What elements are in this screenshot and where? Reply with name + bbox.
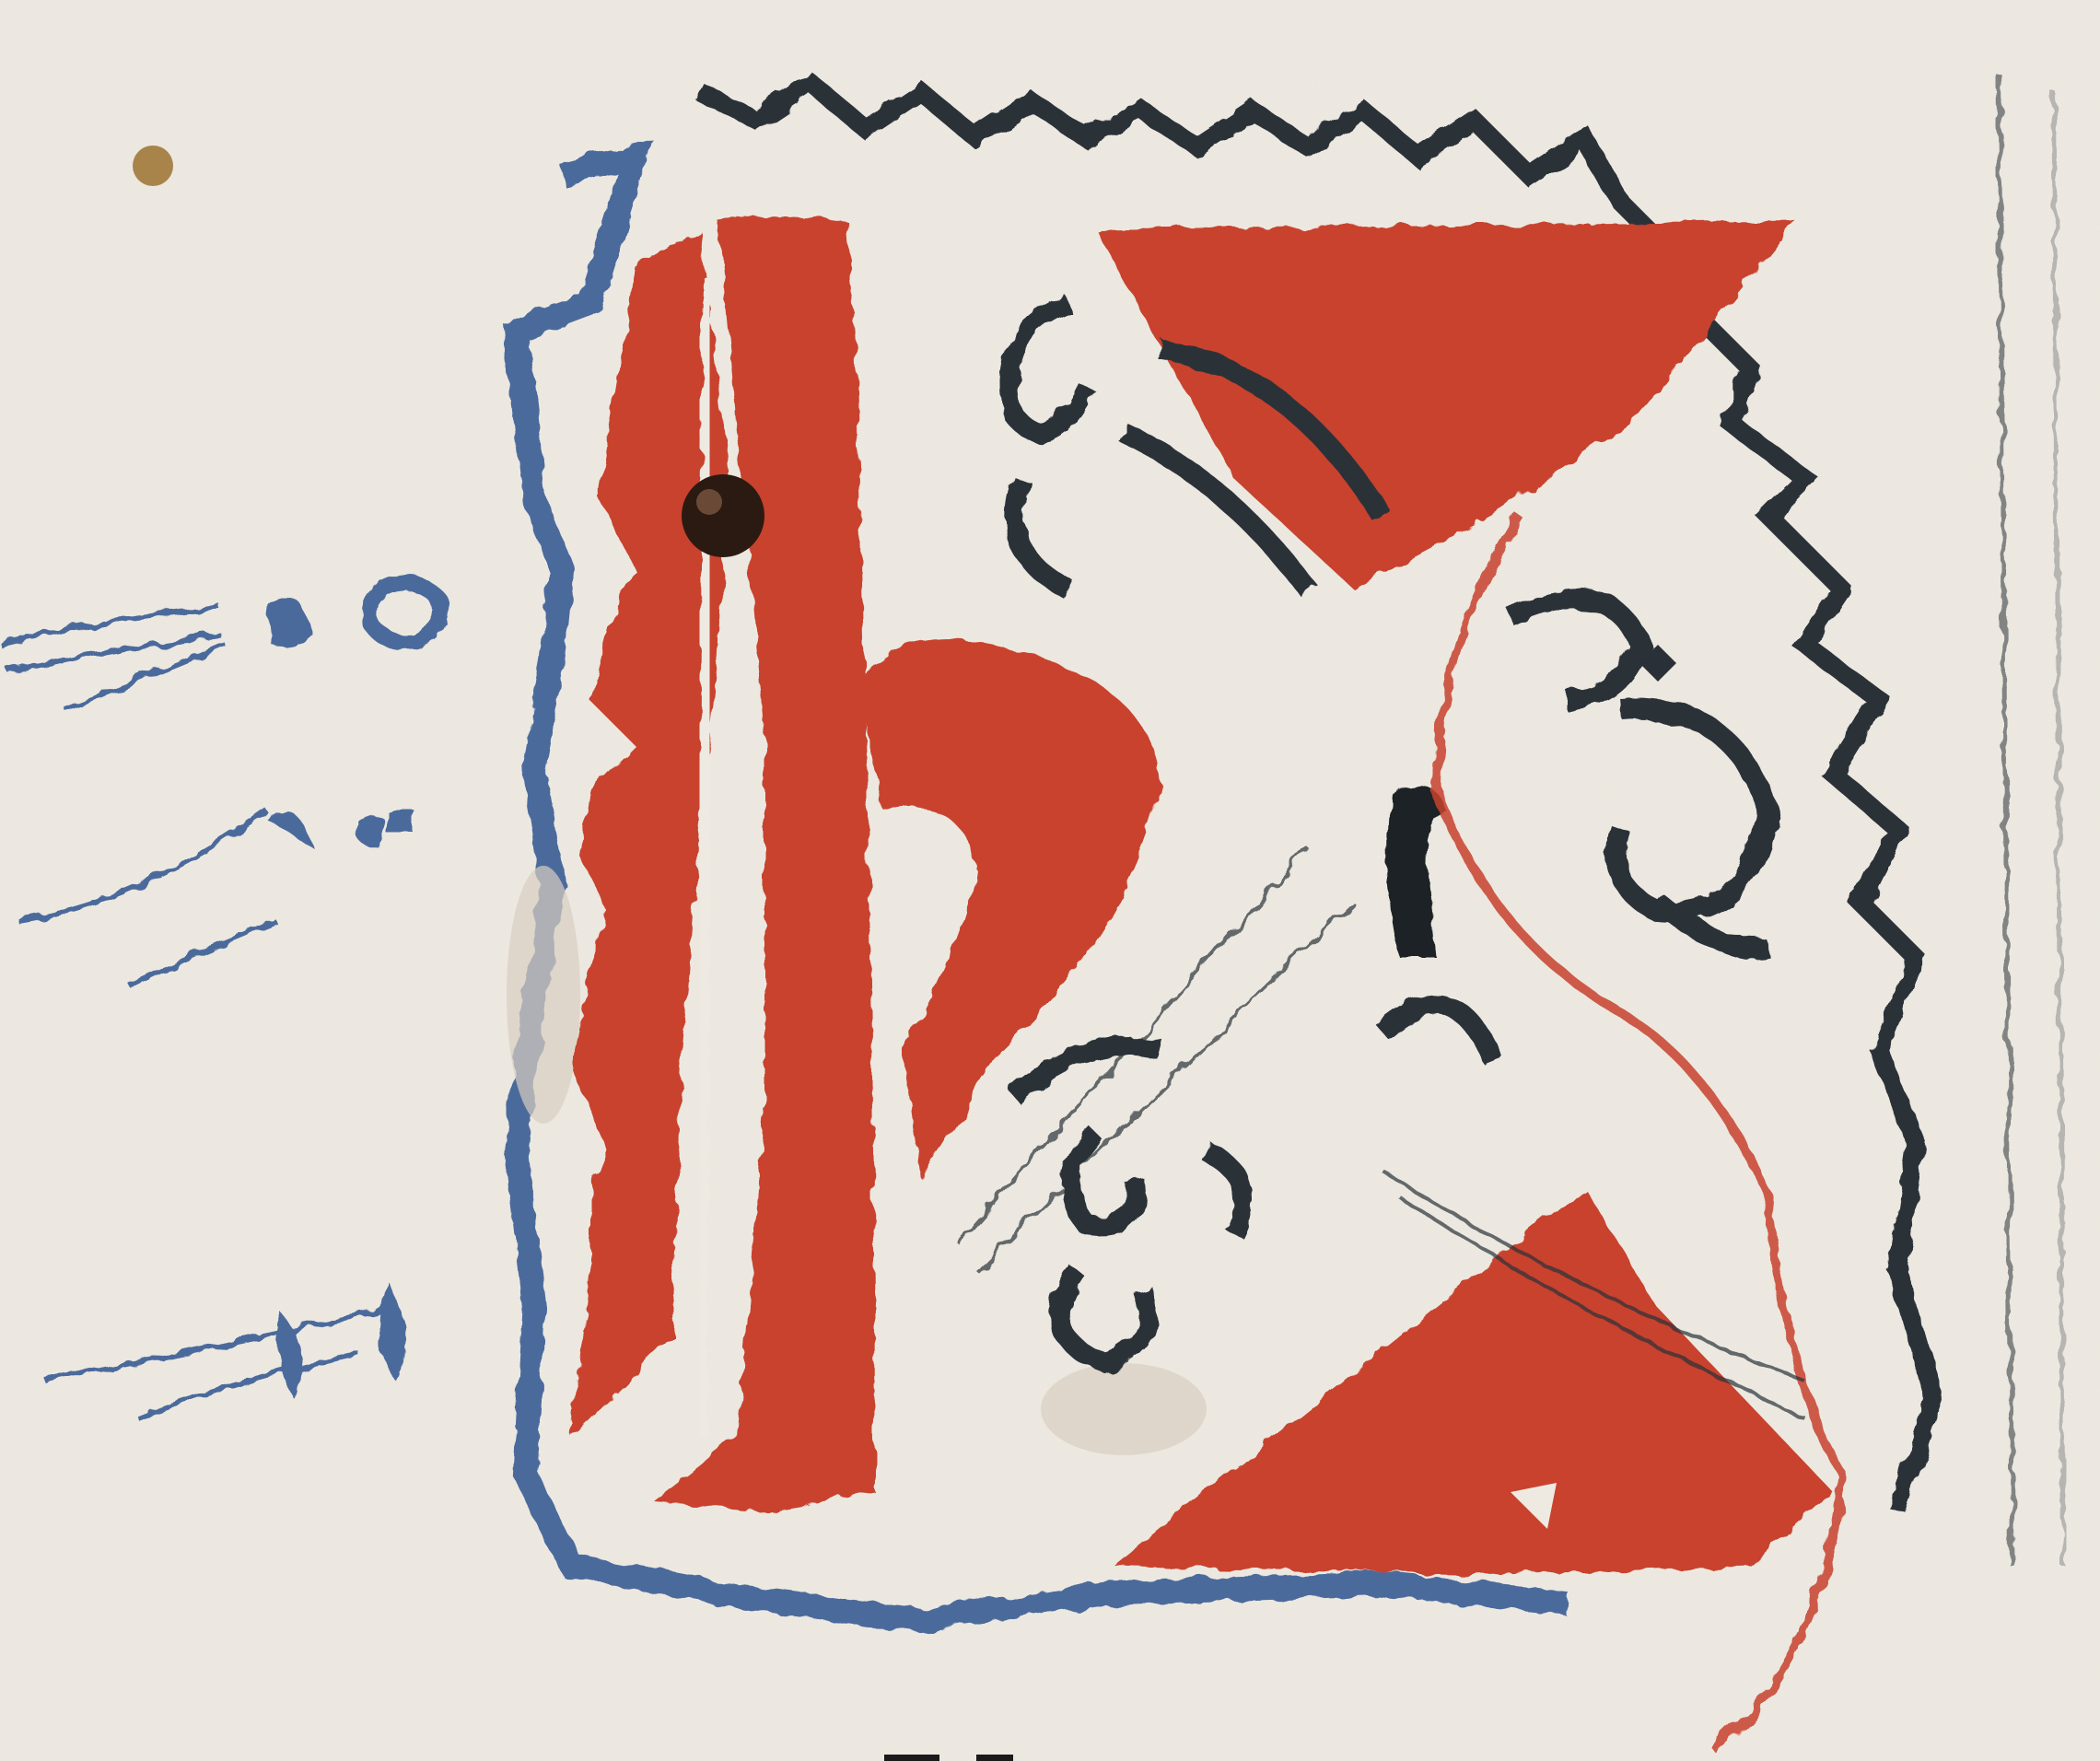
hole-highlight (696, 489, 722, 515)
stem-highlight (700, 276, 709, 1437)
illuminated-initial-k (0, 0, 2100, 1761)
text-fragment (884, 1755, 939, 1761)
manuscript-page (0, 0, 2100, 1761)
ink-speck (133, 146, 173, 186)
text-fragment (976, 1755, 1013, 1761)
parchment-hole (682, 474, 764, 557)
